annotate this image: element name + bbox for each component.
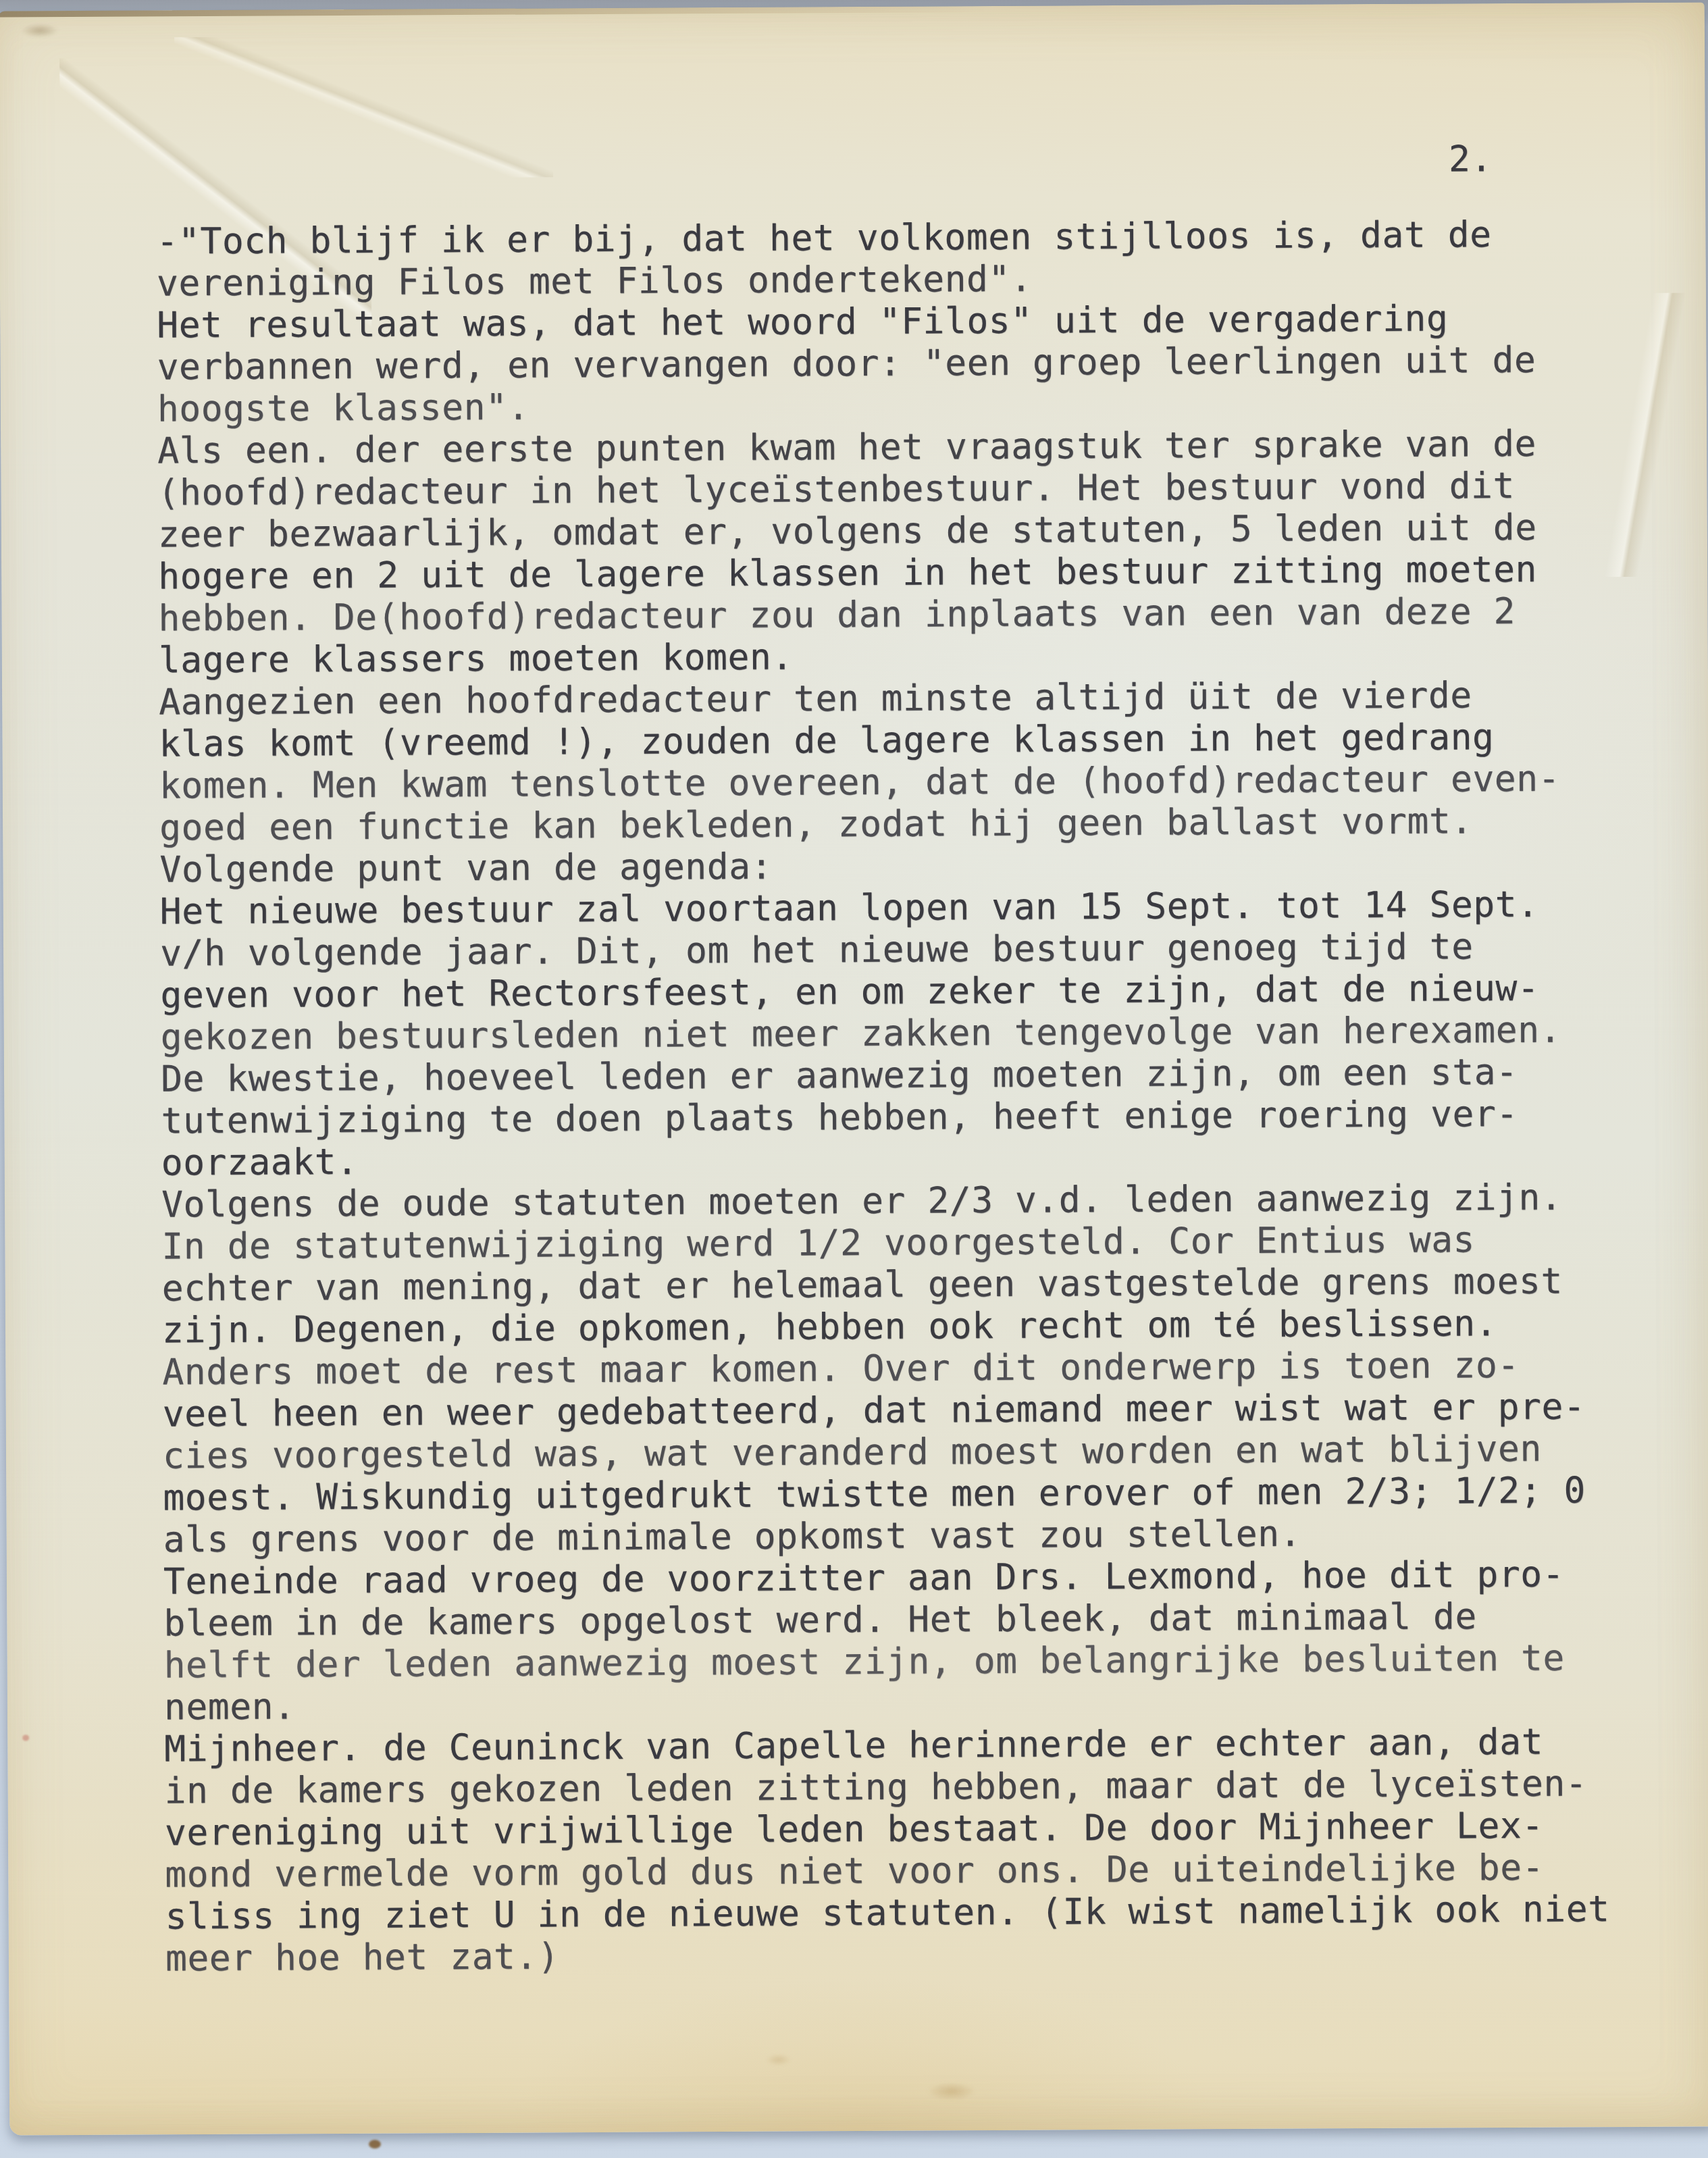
typed-line: goed een functie kan bekleden, zodat hij… xyxy=(159,800,1605,849)
typed-line: Het nieuwe bestuur zal voortaan lopen va… xyxy=(160,883,1605,933)
paper-sheet: 2. -"Toch blijf ik er bij, dat het volko… xyxy=(0,2,1708,2135)
typed-line: zeer bezwaarlijk, omdat er, volgens de s… xyxy=(158,507,1603,556)
typed-line: lagere klassers moeten komen. xyxy=(159,632,1604,682)
typed-line: Aangezien een hoofdredacteur ten minste … xyxy=(159,674,1604,723)
typed-line: In de statutenwijziging werd 1/2 voorges… xyxy=(161,1218,1607,1268)
stain xyxy=(22,1735,29,1741)
page-number: 2. xyxy=(1449,138,1493,180)
typed-line: Als een. der eerste punten kwam het vraa… xyxy=(157,423,1603,472)
typed-line: moest. Wiskundig uitgedrukt twistte men … xyxy=(163,1470,1608,1519)
typed-line: oorzaakt. xyxy=(161,1135,1607,1184)
typed-line: tutenwijziging te doen plaats hebben, he… xyxy=(161,1093,1606,1142)
typed-line: als grens voor de minimale opkomst vast … xyxy=(163,1512,1608,1561)
typed-line: gekozen bestuursleden niet meer zakken t… xyxy=(161,1009,1606,1058)
typed-line: Volgende punt van de agenda: xyxy=(159,842,1605,891)
typed-line: in de kamers gekozen leden zitting hebbe… xyxy=(164,1763,1609,1812)
stain xyxy=(369,2140,381,2149)
typed-line: hogere en 2 uit de lagere klassen in het… xyxy=(158,548,1603,598)
stain xyxy=(762,2053,795,2067)
typed-line: Anders moet de rest maar komen. Over dit… xyxy=(162,1344,1607,1393)
typed-line: klas komt (vreemd !), zouden de lagere k… xyxy=(159,716,1604,765)
crease-mark xyxy=(174,35,553,179)
typed-line: bleem in de kamers opgelost werd. Het bl… xyxy=(163,1595,1609,1645)
stain xyxy=(16,22,63,39)
typed-line: zijn. Degenen, die opkomen, hebben ook r… xyxy=(162,1302,1607,1352)
typed-line: De kwestie, hoeveel leden er aanwezig mo… xyxy=(161,1051,1606,1100)
paper-top-edge-shadow xyxy=(0,2,1705,17)
typed-line: komen. Men kwam tenslotte overeen, dat d… xyxy=(159,758,1605,807)
typed-line: vereniging uit vrijwillige leden bestaat… xyxy=(165,1805,1610,1854)
typed-line: (hoofd)redacteur in het lyceïstenbestuur… xyxy=(157,465,1603,514)
typed-line: cies voorgesteld was, wat veranderd moes… xyxy=(163,1428,1608,1477)
typed-line: Mijnheer. de Ceuninck van Capelle herinn… xyxy=(164,1721,1609,1770)
typed-line: sliss ing ziet U in de nieuwe statuten. … xyxy=(165,1889,1610,1938)
typed-line: hebben. De(hoofd)redacteur zou dan inpla… xyxy=(158,590,1603,640)
typed-text-block: -"Toch blijf ik er bij, dat het volkomen… xyxy=(156,213,1611,1980)
crease-mark xyxy=(1587,292,1703,577)
typed-line: Volgens de oude statuten moeten er 2/3 v… xyxy=(161,1177,1607,1226)
typed-line: echter van mening, dat er helemaal geen … xyxy=(162,1260,1607,1310)
typed-line: Teneinde raad vroeg de voorzitter aan Dr… xyxy=(163,1553,1609,1603)
typed-line: geven voor het Rectorsfeest, en om zeker… xyxy=(160,967,1605,1017)
typed-line: Het resultaat was, dat het woord "Filos"… xyxy=(157,297,1602,346)
typed-line: -"Toch blijf ik er bij, dat het volkomen… xyxy=(156,213,1601,263)
typed-line: hoogste klassen". xyxy=(157,381,1603,430)
typed-line: meer hoe het zat.) xyxy=(165,1930,1611,1980)
typed-line: v/h volgende jaar. Dit, om het nieuwe be… xyxy=(160,925,1605,975)
typed-line: veel heen en weer gedebatteerd, dat niem… xyxy=(163,1386,1608,1435)
typed-line: helft der leden aanwezig moest zijn, om … xyxy=(163,1637,1609,1687)
typed-line: mond vermelde vorm gold dus niet voor on… xyxy=(165,1847,1610,1896)
typed-line: vereniging Filos met Filos ondertekend". xyxy=(157,255,1602,305)
typed-line: verbannen werd, en vervangen door: "een … xyxy=(157,339,1602,388)
typed-line: nemen. xyxy=(164,1679,1609,1728)
stain xyxy=(921,2080,982,2103)
scanner-background: 2. -"Toch blijf ik er bij, dat het volko… xyxy=(0,0,1708,2158)
